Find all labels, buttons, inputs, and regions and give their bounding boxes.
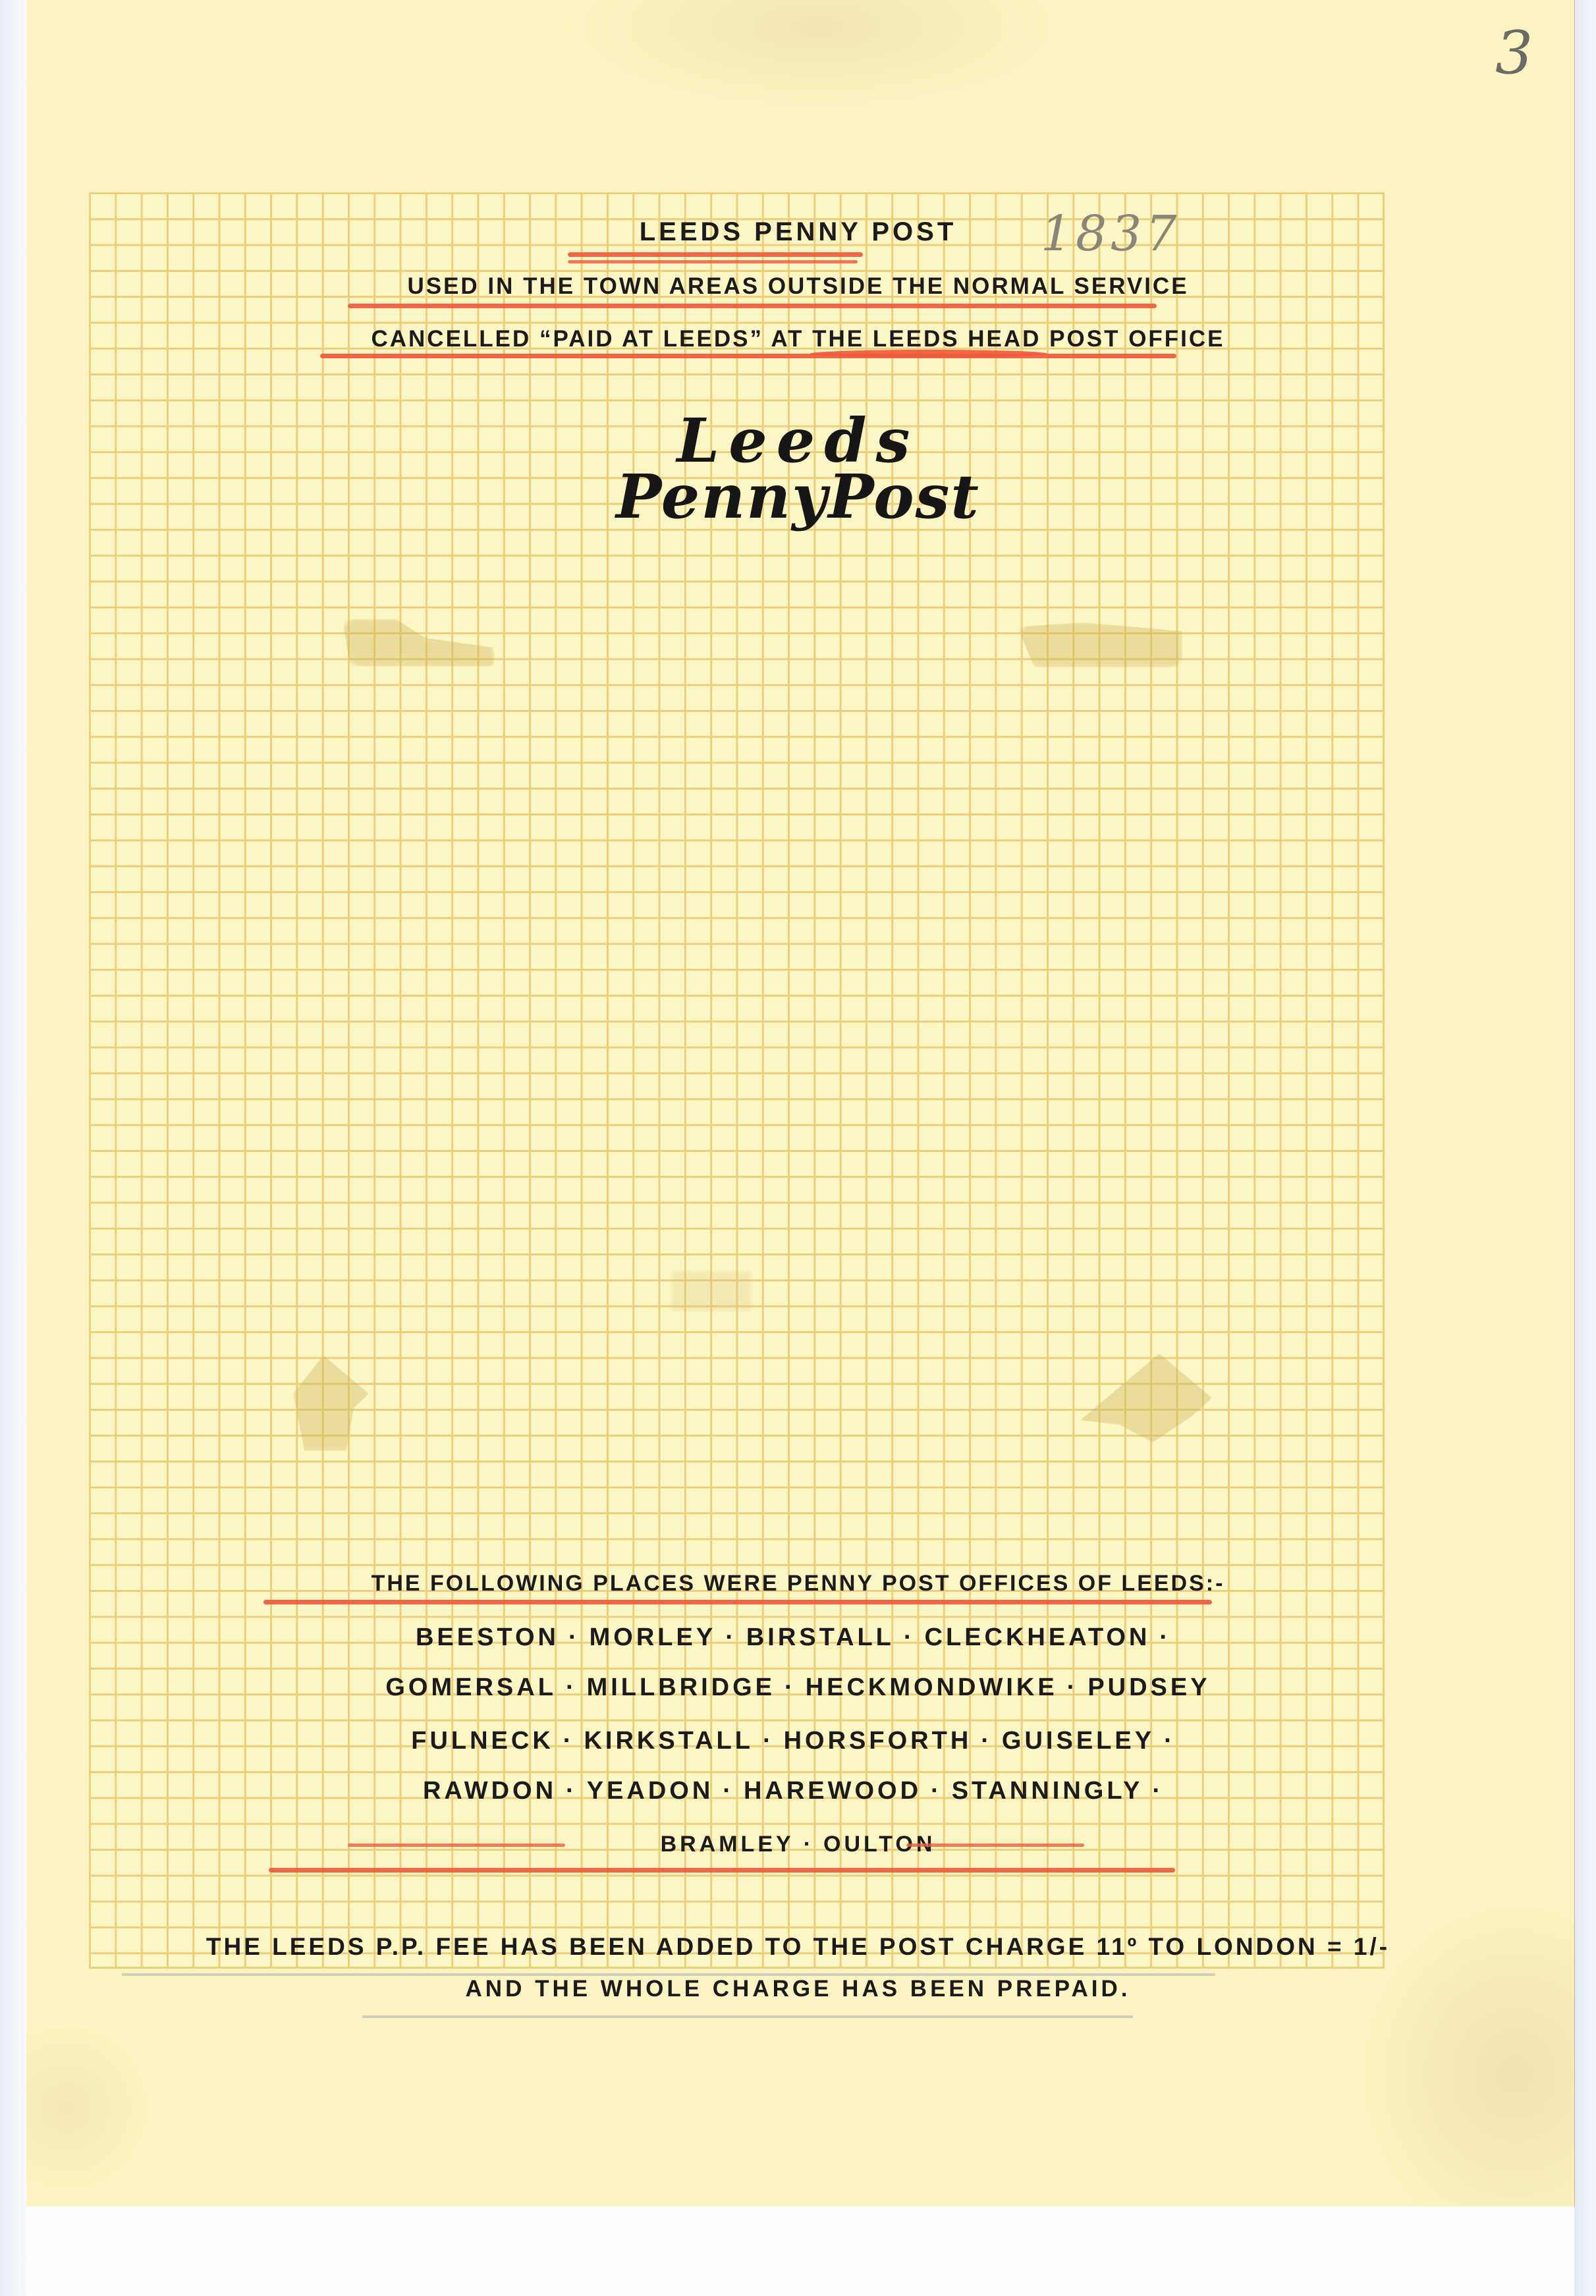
- places-heading: The following places were Penny Post Off…: [0, 1571, 1596, 1597]
- title-underline-1: [568, 252, 863, 257]
- place-separator: ·: [981, 1727, 993, 1755]
- page-title: Leeds Penny Post: [0, 217, 1596, 247]
- prepaid-statement-rule: [362, 2015, 1133, 2018]
- place-name: Bramley: [661, 1832, 794, 1857]
- place-name: Horsforth: [784, 1727, 972, 1755]
- place-name: Beeston: [416, 1624, 559, 1651]
- place-name: Morley: [590, 1624, 717, 1651]
- stamp-title-pennypost: PennyPost: [0, 461, 1596, 532]
- prepaid-statement: and the whole charge has been prepaid.: [0, 1976, 1596, 2002]
- place-name: Guiseley: [1002, 1727, 1155, 1755]
- place-separator: ·: [725, 1624, 737, 1652]
- place-name: Pudsey: [1087, 1674, 1210, 1701]
- place-name: Harewood: [744, 1777, 922, 1805]
- place-name: Stanningly: [952, 1777, 1143, 1805]
- subtitle-usage-underline: [348, 304, 1157, 308]
- place-row: Beeston·Morley·Birstall·Cleckheaton·: [0, 1624, 1596, 1652]
- subtitle-usage: Used in the Town areas outside the norma…: [0, 273, 1596, 300]
- place-row: Rawdon·Yeadon·Harewood·Stanningly·: [0, 1777, 1596, 1805]
- place-name: Rawdon: [423, 1777, 557, 1805]
- place-row: Fulneck·Kirkstall·Horsforth·Guiseley·: [0, 1727, 1596, 1755]
- place-name: Fulneck: [411, 1727, 554, 1755]
- place-separator: ·: [904, 1624, 916, 1652]
- place-separator: ·: [566, 1777, 578, 1805]
- place-name: Birstall: [746, 1624, 894, 1651]
- bramley-right-rule: [906, 1844, 1084, 1847]
- place-name: Cleckheaton: [925, 1624, 1151, 1651]
- title-underline-2: [568, 260, 858, 263]
- place-separator: ·: [804, 1832, 814, 1857]
- place-name: Millbridge: [587, 1674, 775, 1701]
- place-separator: ·: [566, 1674, 578, 1702]
- place-name: Heckmondwike: [806, 1674, 1058, 1701]
- place-separator: ·: [1067, 1674, 1079, 1702]
- place-name: Yeadon: [587, 1777, 714, 1805]
- place-separator: ·: [723, 1777, 734, 1805]
- place-separator: ·: [763, 1727, 775, 1755]
- fee-statement: The Leeds P.P. fee has been added to the…: [0, 1933, 1596, 1961]
- page-number: 3: [1495, 18, 1533, 88]
- place-separator: ·: [563, 1727, 575, 1755]
- place-separator: ·: [1152, 1777, 1164, 1805]
- places-bottom-rule: [269, 1868, 1175, 1872]
- places-heading-underline: [263, 1600, 1212, 1604]
- place-separator: ·: [784, 1674, 796, 1702]
- underline-thickening: [810, 350, 1047, 358]
- place-name: Kirkstall: [584, 1727, 754, 1755]
- hinge-stain: [1018, 622, 1182, 667]
- place-separator: ·: [1159, 1624, 1171, 1652]
- place-separator: ·: [931, 1777, 943, 1805]
- subtitle-cancellation: Cancelled “Paid at Leeds” at the Leeds h…: [0, 326, 1596, 352]
- hinge-stain: [672, 1271, 751, 1311]
- place-row: Gomersal·Millbridge·Heckmondwike·Pudsey: [0, 1674, 1596, 1702]
- place-separator: ·: [568, 1624, 580, 1652]
- place-row: Bramley·Oulton: [0, 1832, 1596, 1857]
- place-name: Gomersal: [385, 1674, 557, 1701]
- subtitle-cancellation-underline: [320, 354, 1176, 358]
- place-separator: ·: [1164, 1727, 1176, 1755]
- bramley-left-rule: [348, 1844, 565, 1847]
